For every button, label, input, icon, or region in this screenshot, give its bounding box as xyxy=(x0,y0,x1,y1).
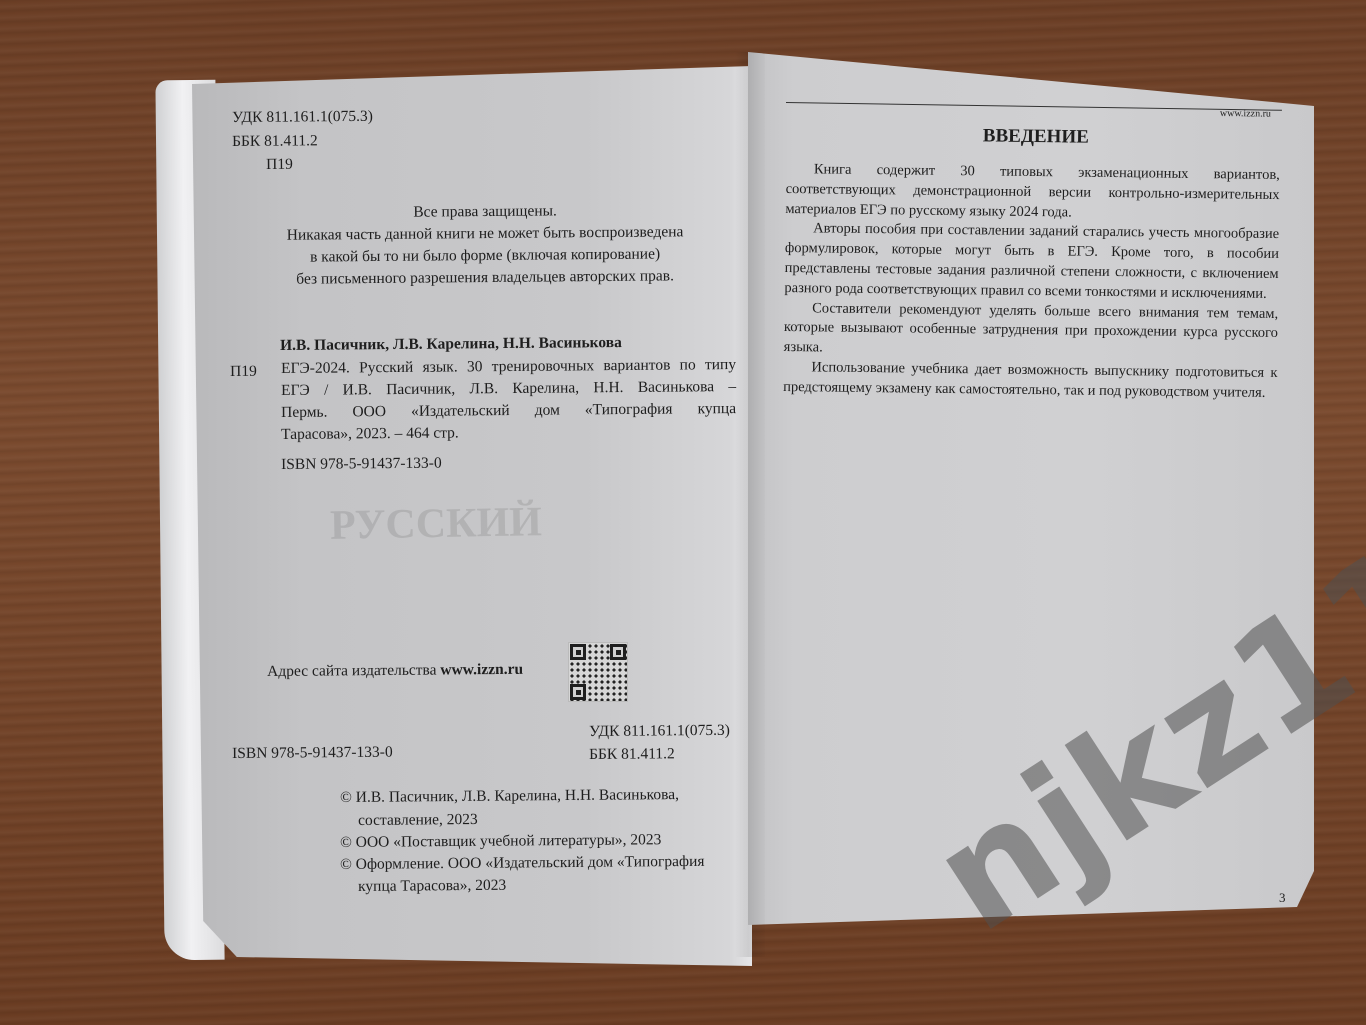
publisher-site-label: Адрес сайта издательства xyxy=(267,662,437,680)
bbk-code: ББК 81.411.2 xyxy=(232,131,318,152)
catalog-code-label: П19 xyxy=(230,362,257,382)
footer-isbn: ISBN 978-5-91437-133-0 xyxy=(232,743,393,764)
copyright-line: купца Тарасова», 2023 xyxy=(358,876,506,897)
copyright-line: © ООО «Поставщик учебной литературы», 20… xyxy=(340,830,661,853)
rights-line: Никакая часть данной книги не может быть… xyxy=(260,222,710,246)
rights-line: без письменного разрешения владельцев ав… xyxy=(260,266,710,290)
udk-code: УДК 811.161.1(075.3) xyxy=(232,107,373,128)
rights-line: в какой бы то ни было форме (включая коп… xyxy=(260,244,710,268)
qr-code-icon xyxy=(568,642,628,702)
copyright-line: © Оформление. ООО «Издательский дом «Тип… xyxy=(340,852,705,875)
catalog-line: ЕГЭ / И.В. Пасичник, Л.В. Карелина, Н.Н.… xyxy=(281,377,736,401)
page-number: 3 xyxy=(1279,888,1286,908)
catalog-line: ЕГЭ-2024. Русский язык. 30 тренировочных… xyxy=(281,355,736,379)
paragraph: Книга содержит 30 типовых экзаменационны… xyxy=(785,160,1280,225)
show-through-text: РУССКИЙ xyxy=(330,498,543,550)
catalog-line: Пермь. ООО «Издательский дом «Типография… xyxy=(281,399,736,423)
copyright-line: © И.В. Пасичник, Л.В. Карелина, Н.Н. Вас… xyxy=(340,785,679,808)
rights-line: Все права защищены. xyxy=(260,200,710,224)
header-url: www.izzn.ru xyxy=(1220,108,1271,121)
footer-udk: УДК 811.161.1(075.3) xyxy=(589,721,730,742)
paragraph: Составители рекомендуют уделять больше в… xyxy=(784,299,1279,364)
catalog-isbn: ISBN 978-5-91437-133-0 xyxy=(281,454,442,475)
paragraph: Авторы пособия при составлении заданий с… xyxy=(784,219,1279,304)
intro-text: Книга содержит 30 типовых экзаменационны… xyxy=(783,160,1280,404)
catalog-code: П19 xyxy=(266,155,293,175)
publisher-site: Адрес сайта издательства www.izzn.ru xyxy=(267,660,523,682)
catalog-line: Тарасова», 2023. – 464 стр. xyxy=(281,423,459,445)
publisher-site-url: www.izzn.ru xyxy=(440,661,523,679)
book-spine xyxy=(735,52,765,957)
footer-bbk: ББК 81.411.2 xyxy=(589,744,675,765)
paragraph: Использование учебника дает возможность … xyxy=(783,358,1277,404)
catalog-authors: И.В. Пасичник, Л.В. Карелина, Н.Н. Васин… xyxy=(280,333,622,356)
copyright-line: составление, 2023 xyxy=(358,810,478,831)
